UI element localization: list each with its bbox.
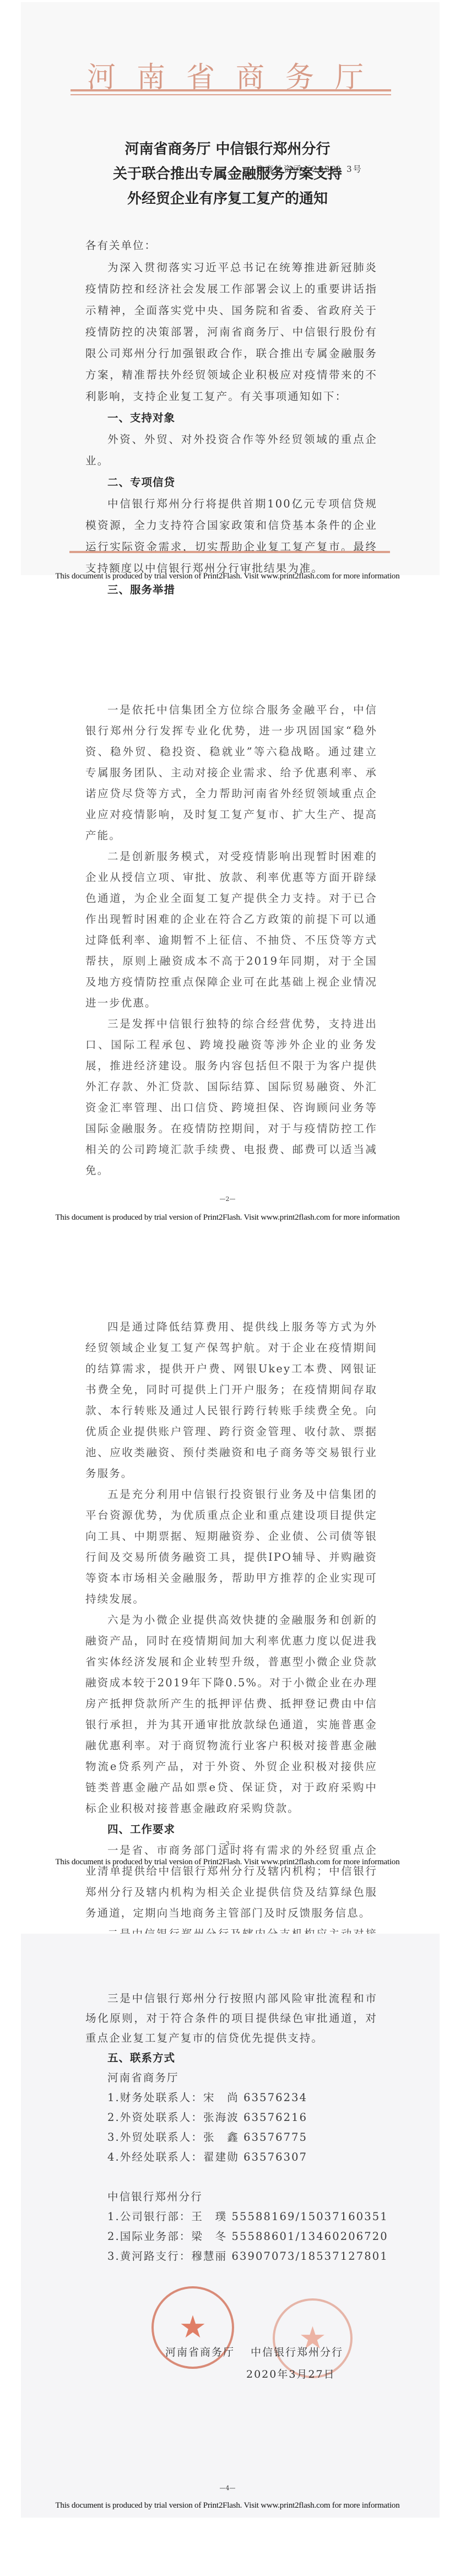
page-1: 河南省商务厅 豫商外资函〔2020〕3号 河南省商务厅 中信银行郑州分行 关于联… (0, 0, 455, 592)
measure-6: 六是为小微企业提供高效快捷的金融服务和创新的融资产品，同时在疫情期间加大利率优惠… (85, 1610, 377, 1819)
page-3-body: 四是通过降低结算费用、提供线上服务等方式为外经贸领域企业复工复产保驾护航。对于企… (85, 1317, 377, 1987)
contact-bank-3: 3.黄河路支行：穆慧丽 63907073/18537127801 (85, 2247, 377, 2266)
salutation: 各有关单位： (85, 237, 156, 252)
measure-2: 二是创新服务模式，对受疫情影响出现暂时困难的企业从授信立项、审批、放款、利率优惠… (85, 846, 377, 1014)
measure-1: 一是依托中信集团全方位综合服务金融平台，中信银行郑州分行发挥专业化优势，进一步巩… (85, 700, 377, 846)
watermark-1: This document is produced by trial versi… (0, 572, 455, 581)
header-rule-thin (71, 94, 391, 95)
measure-3: 三是发挥中信银行独特的综合经营优势，支持进出口、国际工程承包、跨境投融资等涉外企… (85, 1014, 377, 1181)
contact-bank-1: 1.公司银行部：王 璞 55588169/15037160351 (85, 2207, 377, 2227)
page-2-body: 一是依托中信集团全方位综合服务金融平台，中信银行郑州分行发挥专业化优势，进一步巩… (85, 700, 377, 1181)
watermark-3: This document is produced by trial versi… (0, 1858, 455, 1867)
title-line-1: 河南省商务厅 中信银行郑州分行 (0, 138, 455, 158)
page-number-4: —4— (0, 2485, 455, 2492)
page-3: 四是通过降低结算费用、提供线上服务等方式为外经贸领域企业复工复产保驾护航。对于企… (0, 1234, 455, 1879)
watermark-2: This document is produced by trial versi… (0, 1213, 455, 1222)
page-1-body: 为深入贯彻落实习近平总书记在统筹推进新冠肺炎疫情防控和经济社会发展工作部署会议上… (85, 257, 377, 600)
contact-commerce-4: 4.外经处联系人：翟建勋 63576307 (85, 2147, 377, 2167)
contact-commerce-3: 3.外贸处联系人：张 鑫 63576775 (85, 2128, 377, 2147)
page-number-3: —3— (0, 1840, 455, 1847)
section-2-heading: 二、专项信贷 (85, 472, 377, 493)
header-rule-thick (71, 89, 391, 91)
title-line-2: 关于联合推出专属金融服务方案支持 (0, 163, 455, 183)
page-4: 三是中信银行郑州分行按照内部风险审批流程和市场化原则，对于符合条件的项目提供绿色… (0, 1934, 455, 2576)
footer-rule (69, 551, 390, 553)
intro-paragraph: 为深入贯彻落实习近平总书记在统筹推进新冠肺炎疫情防控和经济社会发展工作部署会议上… (85, 257, 377, 407)
contact-spacer (85, 2167, 377, 2187)
measure-4: 四是通过降低结算费用、提供线上服务等方式为外经贸领域企业复工复产保驾护航。对于企… (85, 1317, 377, 1484)
contact-org-commerce: 河南省商务厅 (85, 2068, 377, 2088)
contact-commerce-1: 1.财务处联系人：宋 尚 63576234 (85, 2088, 377, 2108)
section-1-heading: 一、支持对象 (85, 407, 377, 429)
title-line-3: 外经贸企业有序复工复产的通知 (0, 187, 455, 208)
page-number-2: —2— (0, 1195, 455, 1203)
section-4-heading: 四、工作要求 (85, 1819, 377, 1840)
page-2: 一是依托中信集团全方位综合服务金融平台，中信银行郑州分行发挥专业化优势，进一步巩… (0, 595, 455, 1234)
star-icon: ★ (179, 2312, 207, 2343)
watermark-4: This document is produced by trial versi… (0, 2501, 455, 2510)
section-1-body: 外资、外贸、对外投资合作等外经贸领域的重点企业。 (85, 429, 377, 472)
sign-date: 2020年3月27日 (246, 2366, 335, 2381)
signatories: 河南省商务厅 中信银行郑州分行 (165, 2344, 343, 2359)
requirement-1: 一是省、市商务部门适时将有需求的外经贸重点企业清单提供给中信银行郑州分行及辖内机… (85, 1840, 377, 1924)
measure-5: 五是充分利用中信银行投资银行业务及中信集团的平台资源优势，为优质重点企业和重点建… (85, 1484, 377, 1610)
page-4-body: 三是中信银行郑州分行按照内部风险审批流程和市场化原则，对于符合条件的项目提供绿色… (85, 1989, 377, 2266)
section-5-heading: 五、联系方式 (85, 2048, 377, 2068)
contact-org-bank: 中信银行郑州分行 (85, 2187, 377, 2207)
requirement-3: 三是中信银行郑州分行按照内部风险审批流程和市场化原则，对于符合条件的项目提供绿色… (85, 1989, 377, 2048)
contact-bank-2: 2.国际业务部：梁 冬 55588601/13460206720 (85, 2227, 377, 2247)
contact-commerce-2: 2.外资处联系人：张海波 63576216 (85, 2108, 377, 2128)
section-2-body: 中信银行郑州分行将提供首期100亿元专项信贷规模资源，全力支持符合国家政策和信贷… (85, 493, 377, 579)
